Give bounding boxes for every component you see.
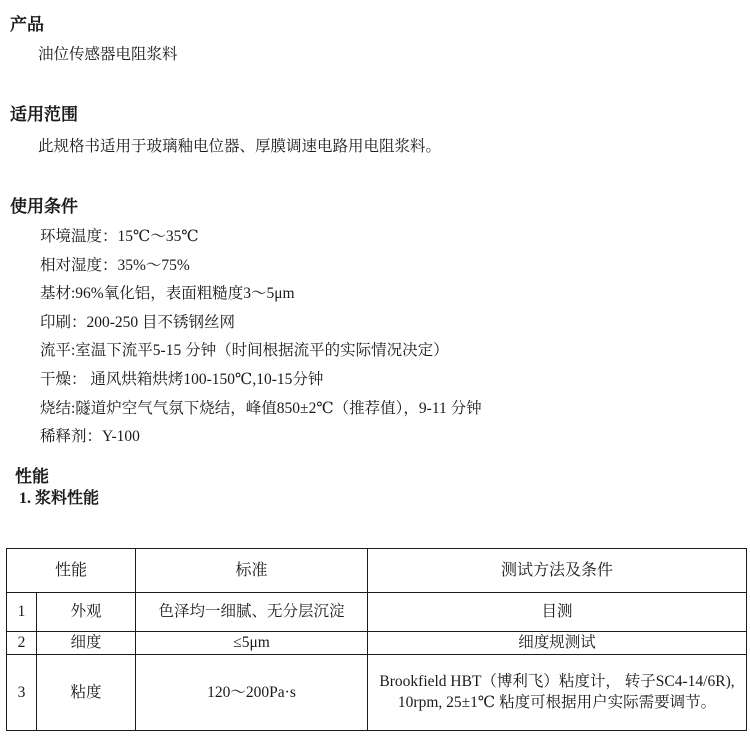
row-property: 外观 xyxy=(37,592,136,631)
condition-printing: 印刷：200-250 目不锈钢丝网 xyxy=(40,309,750,338)
condition-firing: 烧结:隧道炉空气气氛下烧结，峰值850±2℃（推荐值），9-11 分钟 xyxy=(40,395,750,424)
condition-thinner: 稀释剂：Y-100 xyxy=(40,423,750,452)
condition-substrate: 基材:96%氧化铝，表面粗糙度3～5μm xyxy=(40,280,750,309)
row-method: 细度规测试 xyxy=(368,631,747,654)
subheading-paste-performance: 1. 浆料性能 xyxy=(0,488,750,510)
row-standard: 120～200Pa·s xyxy=(136,654,368,730)
table-header-property: 性能 xyxy=(7,548,136,592)
document-page: 产品 油位传感器电阻浆料 适用范围 此规格书适用于玻璃釉电位器、厚膜调速电路用电… xyxy=(0,0,750,750)
row-number: 2 xyxy=(7,631,37,654)
row-method: 目测 xyxy=(368,592,747,631)
table-header-method: 测试方法及条件 xyxy=(368,548,747,592)
conditions-list: 环境温度：15℃～35℃ 相对湿度：35%～75% 基材:96%氧化铝，表面粗糙… xyxy=(0,223,750,452)
paste-performance-table: 性能 标准 测试方法及条件 1 外观 色泽均一细腻、无分层沉淀 目测 2 细度 … xyxy=(6,548,747,731)
row-standard: ≤5μm xyxy=(136,631,368,654)
row-property: 细度 xyxy=(37,631,136,654)
condition-drying: 干燥： 通风烘箱烘烤100-150℃,10-15分钟 xyxy=(40,366,750,395)
condition-relative-humidity: 相对湿度：35%～75% xyxy=(40,252,750,281)
section-heading-product: 产品 xyxy=(0,14,750,36)
condition-ambient-temperature: 环境温度：15℃～35℃ xyxy=(40,223,750,252)
row-property: 粘度 xyxy=(37,654,136,730)
table-row-appearance: 1 外观 色泽均一细腻、无分层沉淀 目测 xyxy=(7,592,747,631)
row-method: Brookfield HBT（博利飞）粘度计， 转子SC4-14/6R), 10… xyxy=(368,654,747,730)
row-standard: 色泽均一细腻、无分层沉淀 xyxy=(136,592,368,631)
scope-line: 此规格书适用于玻璃釉电位器、厚膜调速电路用电阻浆料。 xyxy=(0,136,750,158)
condition-leveling: 流平:室温下流平5-15 分钟（时间根据流平的实际情况决定） xyxy=(40,337,750,366)
table-row-viscosity: 3 粘度 120～200Pa·s Brookfield HBT（博利飞）粘度计，… xyxy=(7,654,747,730)
product-name-line: 油位传感器电阻浆料 xyxy=(0,44,750,66)
row-number: 3 xyxy=(7,654,37,730)
table-row-fineness: 2 细度 ≤5μm 细度规测试 xyxy=(7,631,747,654)
section-heading-conditions: 使用条件 xyxy=(0,196,750,218)
row-number: 1 xyxy=(7,592,37,631)
table-header-standard: 标准 xyxy=(136,548,368,592)
section-heading-performance: 性能 xyxy=(0,466,750,488)
section-heading-scope: 适用范围 xyxy=(0,104,750,126)
table-header-row: 性能 标准 测试方法及条件 xyxy=(7,548,747,592)
